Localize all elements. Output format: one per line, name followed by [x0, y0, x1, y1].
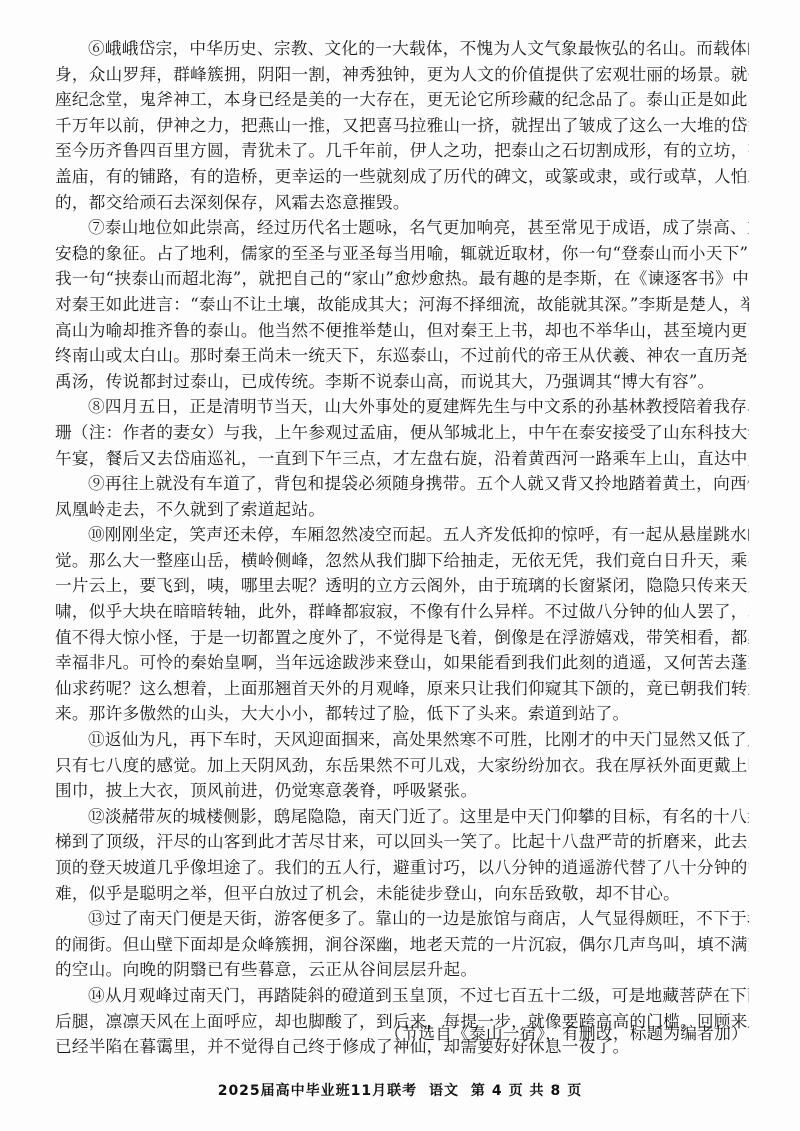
source-note: （节选自《泰山一宿》，有删改，标题为编者加）: [385, 1021, 748, 1046]
paragraph-line: 至今历齐鲁四百里方圆，青犹未了。几千年前，伊人之功，把泰山之石切割成形，有的立坊…: [55, 138, 749, 164]
paragraph-line: 的闹街。但山壁下面却是众峰簇拥，涧谷深幽，地老天荒的一片沉寂，偶尔几声鸟叫，填不…: [55, 932, 749, 958]
paragraph-line: 梯到了顶级，汗尽的山客到此才苦尽甘来，可以回头一笑了。比起十八盘严苛的折磨来，此…: [55, 829, 749, 855]
paragraph-line: 的空山。向晚的阴翳已有些暮意，云正从谷间层层升起。: [55, 957, 749, 983]
footer-page-current: 4: [492, 1083, 503, 1099]
paragraph-line: 安稳的象征。占了地利，儒家的至圣与亚圣每当用喻，辄就近取材，你一句“登泰山而小天…: [55, 241, 749, 267]
footer-page-total: 8: [551, 1083, 562, 1099]
footer-subject: 语文: [429, 1083, 459, 1099]
paragraph-line: ⑩刚刚坐定，笑声还未停，车厢忽然凌空而起。五人齐发低抑的惊呼，有一起从悬崖跳水的…: [55, 522, 749, 548]
paragraph-line: 幸福非凡。可怜的秦始皇啊，当年远途跋涉来登山，如果能看到我们此刻的逍遥，又何苦去…: [55, 650, 749, 676]
footer-page-suffix: 页: [567, 1083, 582, 1099]
paragraph-line: 一片云上，要飞到，咦，哪里去呢？透明的立方云阁外，由于琉璃的长窗紧闭，隐隐只传来…: [55, 573, 749, 599]
paragraph: ⑥峨峨岱宗，中华历史、宗教、文化的一大载体，不愧为人文气象最恢弘的名山。而载体的…: [55, 36, 749, 215]
paragraph-line: ⑫淡赭带灰的城楼侧影，鸱尾隐隐，南天门近了。这里是中天门仰攀的目标，有名的十八盘…: [55, 804, 749, 830]
paragraph: ⑪返仙为凡，再下车时，天风迎面掴来，高处果然寒不可胜，比刚才的中天门显然又低了几…: [55, 727, 749, 804]
paragraph-line: ⑦泰山地位如此崇高，经过历代名士题咏，名气更加响亮，甚至常见于成语，成了崇高、重…: [55, 215, 749, 241]
paragraph-line: 觉。那么大一整座山岳，横岭侧峰，忽然从我们脚下给抽走，无依无凭，我们竟白日升天，…: [55, 548, 749, 574]
paragraph: ⑨再往上就没有车道了，背包和提袋必须随身携带。五个人就又背又拎地踏着黄土，向西侧…: [55, 471, 749, 522]
paragraph-line: ⑨再往上就没有车道了，背包和提袋必须随身携带。五个人就又背又拎地踏着黄土，向西侧…: [55, 471, 749, 497]
paragraph-line: 终南山或太白山。那时秦王尚未一统天下，东巡泰山，不过前代的帝王从伏羲、神农一直历…: [55, 343, 749, 369]
paragraph: ⑩刚刚坐定，笑声还未停，车厢忽然凌空而起。五人齐发低抑的惊呼，有一起从悬崖跳水的…: [55, 522, 749, 727]
paragraph-line: ⑥峨峨岱宗，中华历史、宗教、文化的一大载体，不愧为人文气象最恢弘的名山。而载体的…: [55, 36, 749, 62]
paragraph-line: 啸，似乎大块在暗暗转轴，此外，群峰都寂寂，不像有什么异样。不过做八分钟的仙人罢了…: [55, 599, 749, 625]
exam-page: ⑥峨峨岱宗，中华历史、宗教、文化的一大载体，不愧为人文气象最恢弘的名山。而载体的…: [0, 0, 800, 1131]
footer-page-prefix: 第: [471, 1083, 486, 1099]
paragraph-line: 珊（注：作者的妻女）与我，上午参观过孟庙，便从邹城北上，中午在泰安接受了山东科技…: [55, 420, 749, 446]
paragraph-line: 仙求药呢？这么想着，上面那翘首天外的月观峰，原来只让我们仰窥其下颌的，竟已朝我们…: [55, 676, 749, 702]
paragraph-line: 的，都交给顽石去深刻保存，风霜去恣意摧毁。: [55, 190, 749, 216]
footer-exam-title: 2025届高中毕业班11月联考: [218, 1083, 417, 1099]
passage-body: ⑥峨峨岱宗，中华历史、宗教、文化的一大载体，不愧为人文气象最恢弘的名山。而载体的…: [55, 36, 749, 1060]
footer-page-mid: 页 共: [509, 1083, 545, 1099]
paragraph: ⑧四月五日，正是清明节当天，山大外事处的夏建辉先生与中文系的孙基林教授陪着我存、…: [55, 394, 749, 471]
paragraph-line: ⑧四月五日，正是清明节当天，山大外事处的夏建辉先生与中文系的孙基林教授陪着我存、…: [55, 394, 749, 420]
paragraph-line: 盖庙，有的铺路，有的造桥，更幸运的一些就刻成了历代的碑文，或篆或隶，或行或草，人…: [55, 164, 749, 190]
paragraph: ⑬过了南天门便是天街，游客便多了。靠山的一边是旅馆与商店，人气显得颇旺，不下于城…: [55, 906, 749, 983]
paragraph-line: ⑪返仙为凡，再下车时，天风迎面掴来，高处果然寒不可胜，比刚才的中天门显然又低了几…: [55, 727, 749, 753]
paragraph: ⑦泰山地位如此崇高，经过历代名士题咏，名气更加响亮，甚至常见于成语，成了崇高、重…: [55, 215, 749, 394]
paragraph-line: ⑬过了南天门便是天街，游客便多了。靠山的一边是旅馆与商店，人气显得颇旺，不下于城…: [55, 906, 749, 932]
paragraph: ⑫淡赭带灰的城楼侧影，鸱尾隐隐，南天门近了。这里是中天门仰攀的目标，有名的十八盘…: [55, 804, 749, 906]
paragraph-line: 千万年以前，伊神之力，把燕山一推，又把喜马拉雅山一挤，就捏出了皱成了这么一大堆的…: [55, 113, 749, 139]
paragraph-line: 来。那许多傲然的山头，大大小小，都转过了脸，低下了头来。索道到站了。: [55, 701, 749, 727]
paragraph-line: 围巾，披上大衣，顶风前进，仍觉寒意袭脊，呼吸紧张。: [55, 778, 749, 804]
paragraph-line: 座纪念堂，鬼斧神工，本身已经是美的一大存在，更无论它所珍藏的纪念品了。泰山正是如…: [55, 87, 749, 113]
paragraph-line: 凤凰岭走去，不久就到了索道起站。: [55, 497, 749, 523]
paragraph-line: 身，众山罗拜，群峰簇拥，阴阳一割，神秀独钟，更为人文的价值提供了宏观壮丽的场景。…: [55, 62, 749, 88]
paragraph-line: 我一句“挟泰山而超北海”，就把自己的“家山”愈炒愈热。最有趣的是李斯，在《谏逐客…: [55, 266, 749, 292]
paragraph-line: 值不得大惊小怪，于是一切都置之度外了，不觉得是飞着，倒像是在浮游嬉戏，带笑相看，…: [55, 625, 749, 651]
paragraph-line: 顶的登天坡道几乎像坦途了。我们的五人行，避重讨巧，以八分钟的逍遥游代替了八十分钟…: [55, 855, 749, 881]
paragraph-line: 只有七八度的感觉。加上天阴风劲，东岳果然不可儿戏，大家纷纷加衣。我在厚袄外面更戴…: [55, 753, 749, 779]
page-footer: 2025届高中毕业班11月联考 语文 第4页 共8页: [0, 1080, 800, 1100]
paragraph-line: 午宴，餐后又去岱庙巡礼，一直到下午三点，才左盘右旋，沿着黄西河一路乘车上山，直达…: [55, 446, 749, 472]
paragraph-line: 禹汤，传说都封过泰山，已成传统。李斯不说泰山高，而说其大，乃强调其“博大有容”。: [55, 369, 749, 395]
paragraph-line: 对秦王如此进言：“泰山不让土壤，故能成其大；河海不择细流，故能就其深。”李斯是楚…: [55, 292, 749, 318]
paragraph-line: 高山为喻却推齐鲁的泰山。他当然不便推举楚山，但对秦王上书，却也不举华山，甚至境内…: [55, 318, 749, 344]
paragraph-line: 难，似乎是聪明之举，但平白放过了机会，未能徒步登山，向东岳致敬，却不甘心。: [55, 881, 749, 907]
paragraph-line: ⑭从月观峰过南天门，再踏陡斜的磴道到玉皇顶，不过七百五十二级，可是地藏菩萨在下面…: [55, 983, 749, 1009]
